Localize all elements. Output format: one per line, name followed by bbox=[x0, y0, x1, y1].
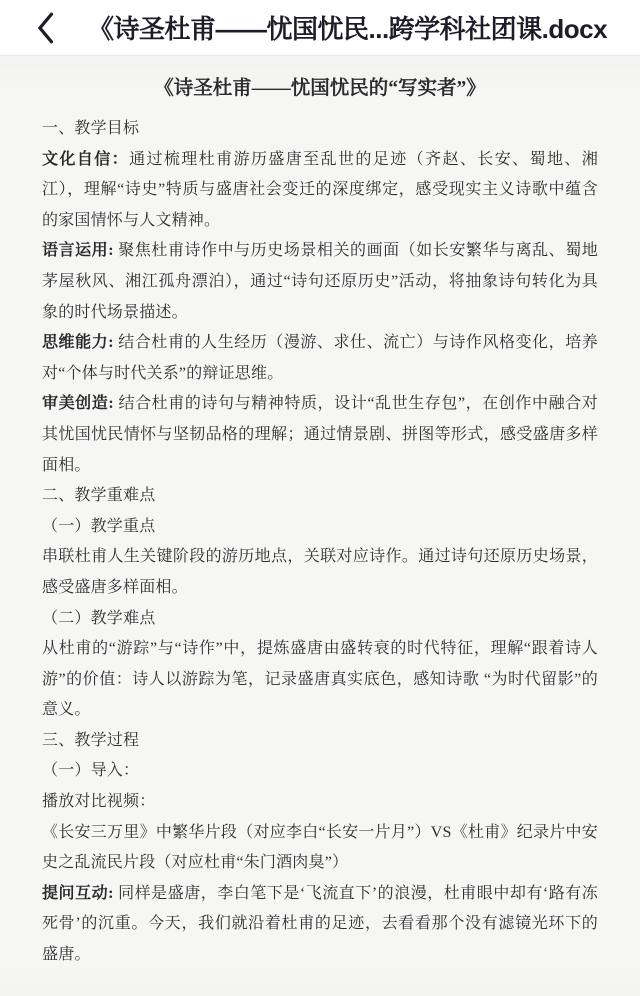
subsection-heading: （一）教学重点 bbox=[42, 512, 598, 543]
paragraph-label: 文化自信： bbox=[42, 151, 129, 168]
section-heading: 一、教学目标 bbox=[42, 114, 598, 145]
paragraph-language-use: 语言运用: 聚焦杜甫诗作中与历史场景相关的画面（如长安繁华与离乱、蜀地茅屋秋风、… bbox=[42, 236, 598, 328]
paragraph-question-interaction: 提问互动: 同样是盛唐，李白笔下是‘飞流直下’的浪漫，杜甫眼中却有‘路有冻死骨’… bbox=[42, 879, 598, 971]
section-heading: 三、教学过程 bbox=[42, 726, 598, 757]
paragraph-culture-confidence: 文化自信：通过梳理杜甫游历盛唐至乱世的足迹（齐赵、长安、蜀地、湘江），理解“诗史… bbox=[42, 145, 598, 237]
section-heading: 二、教学重难点 bbox=[42, 481, 598, 512]
paragraph-teaching-difficulty: 从杜甫的“游踪”与“诗作”中，提炼盛唐由盛转衰的时代特征，理解“跟着诗人游”的价… bbox=[42, 634, 598, 726]
chevron-left-icon bbox=[34, 10, 56, 46]
paragraph-teaching-focus: 串联杜甫人生关键阶段的游历地点，关联对应诗作。通过诗句还原历史场景，感受盛唐多样… bbox=[42, 542, 598, 603]
paragraph-label: 审美创造: bbox=[42, 395, 118, 412]
paragraph-thinking-ability: 思维能力: 结合杜甫的人生经历（漫游、求仕、流亡）与诗作风格变化，培养对“个体与… bbox=[42, 328, 598, 389]
document-filename-title: 《诗圣杜甫——忧国忧民...跨学科社团课.docx bbox=[88, 9, 630, 46]
paragraph-aesthetic-creation: 审美创造: 结合杜甫的诗句与精神特质，设计“乱世生存包”，在创作中融合对其忧国忧… bbox=[42, 389, 598, 481]
back-button[interactable] bbox=[34, 8, 64, 48]
top-navbar: 《诗圣杜甫——忧国忧民...跨学科社团课.docx bbox=[0, 0, 640, 56]
paragraph-label: 提问互动: bbox=[42, 885, 118, 902]
paragraph-label: 思维能力: bbox=[42, 334, 118, 351]
subsection-heading: （一）导入： bbox=[42, 756, 598, 787]
paragraph-label: 语言运用: bbox=[42, 242, 118, 259]
paragraph-video-comparison: 《长安三万里》中繁华片段（对应李白“长安一片月”）VS《杜甫》纪录片中安史之乱流… bbox=[42, 818, 598, 879]
document-title: 《诗圣杜甫——忧国忧民的“写实者”》 bbox=[42, 72, 598, 106]
document-scroll-area[interactable]: 《诗圣杜甫——忧国忧民的“写实者”》 一、教学目标 文化自信：通过梳理杜甫游历盛… bbox=[0, 56, 640, 996]
subsection-heading: （二）教学难点 bbox=[42, 604, 598, 635]
paragraph-play-video: 播放对比视频： bbox=[42, 787, 598, 818]
